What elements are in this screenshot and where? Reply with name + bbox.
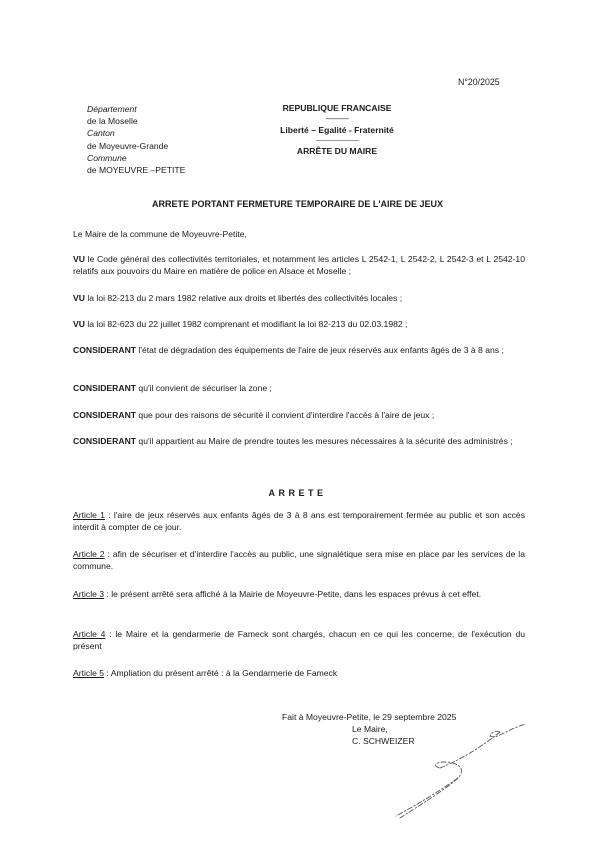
considerant-paragraph: CONSIDERANT qu'il convient de sécuriser … xyxy=(73,382,525,394)
article-text: : l'aire de jeux réservés aux enfants âg… xyxy=(73,510,525,532)
article-paragraph: Article 3 : le présent arrêté sera affic… xyxy=(73,588,525,600)
considerant-lead: CONSIDERANT xyxy=(73,345,136,355)
handwritten-signature-icon xyxy=(340,720,530,820)
issuer-block: Département de la Moselle Canton de Moye… xyxy=(87,103,185,176)
article-text: : le Maire et la gendarmerie de Fameck s… xyxy=(73,629,525,651)
arrete-heading: ARRETE xyxy=(0,487,595,499)
republic-header: REPUBLIQUE FRANCAISE ----------------- L… xyxy=(278,103,396,158)
considerant-text: que pour des raisons de sécurité il conv… xyxy=(136,410,434,420)
article-paragraph: Article 2 : afin de sécuriser et d'inter… xyxy=(73,548,525,573)
article-paragraph: Article 1 : l'aire de jeux réservés aux … xyxy=(73,509,525,534)
separator: ——————— xyxy=(278,136,396,146)
departement-label: Département xyxy=(87,103,185,115)
motto: Liberté – Egalité - Fraternité xyxy=(278,125,396,137)
article-label: Article 5 xyxy=(73,668,104,678)
considerant-lead: CONSIDERANT xyxy=(73,436,136,446)
visa-paragraph: VU la loi 82-623 du 22 juillet 1982 comp… xyxy=(73,318,525,330)
considerant-text: qu'il appartient au Maire de prendre tou… xyxy=(136,436,513,446)
act-type: ARRÊTE DU MAIRE xyxy=(278,146,396,158)
considerant-lead: CONSIDERANT xyxy=(73,410,136,420)
visa-paragraph: VU le Code général des collectivités ter… xyxy=(73,253,525,278)
commune-label: Commune xyxy=(87,152,185,164)
canton-value: de Moyeuvre-Grande xyxy=(87,140,185,152)
decree-number: N°20/2025 xyxy=(458,76,500,88)
visa-text: la loi 82-623 du 22 juillet 1982 compren… xyxy=(85,319,408,329)
visa-lead: VU xyxy=(73,293,85,303)
document-title: ARRETE PORTANT FERMETURE TEMPORAIRE DE L… xyxy=(0,198,595,210)
separator: ----------------- xyxy=(278,115,396,125)
canton-label: Canton xyxy=(87,127,185,139)
article-label: Article 4 xyxy=(73,629,105,639)
visa-paragraph: VU la loi 82-213 du 2 mars 1982 relative… xyxy=(73,292,525,304)
considerant-lead: CONSIDERANT xyxy=(73,383,136,393)
intro-line: Le Maire de la commune de Moyeuvre-Petit… xyxy=(73,228,525,240)
considerant-paragraph: CONSIDERANT que pour des raisons de sécu… xyxy=(73,409,525,421)
visa-text: la loi 82-213 du 2 mars 1982 relative au… xyxy=(85,293,402,303)
article-label: Article 2 xyxy=(73,549,105,559)
article-text: : le présent arrêté sera affiché à la Ma… xyxy=(104,589,481,599)
article-paragraph: Article 4 : le Maire et la gendarmerie d… xyxy=(73,628,525,653)
commune-value: de MOYEUVRE –PETITE xyxy=(87,164,185,176)
republic-name: REPUBLIQUE FRANCAISE xyxy=(278,103,396,115)
considerant-paragraph: CONSIDERANT qu'il appartient au Maire de… xyxy=(73,435,525,447)
visa-lead: VU xyxy=(73,254,85,264)
considerant-paragraph: CONSIDERANT l'état de dégradation des éq… xyxy=(73,344,525,356)
article-text: : afin de sécuriser et d'interdire l'acc… xyxy=(73,549,525,571)
article-label: Article 1 xyxy=(73,510,105,520)
considerant-text: qu'il convient de sécuriser la zone ; xyxy=(136,383,272,393)
visa-lead: VU xyxy=(73,319,85,329)
considerant-text: l'état de dégradation des équipements de… xyxy=(136,345,504,355)
article-label: Article 3 xyxy=(73,589,104,599)
visa-text: le Code général des collectivités territ… xyxy=(73,254,525,276)
article-text: : Ampliation du présent arrêté : à la Ge… xyxy=(104,668,337,678)
departement-value: de la Moselle xyxy=(87,115,185,127)
article-paragraph: Article 5 : Ampliation du présent arrêté… xyxy=(73,667,525,679)
